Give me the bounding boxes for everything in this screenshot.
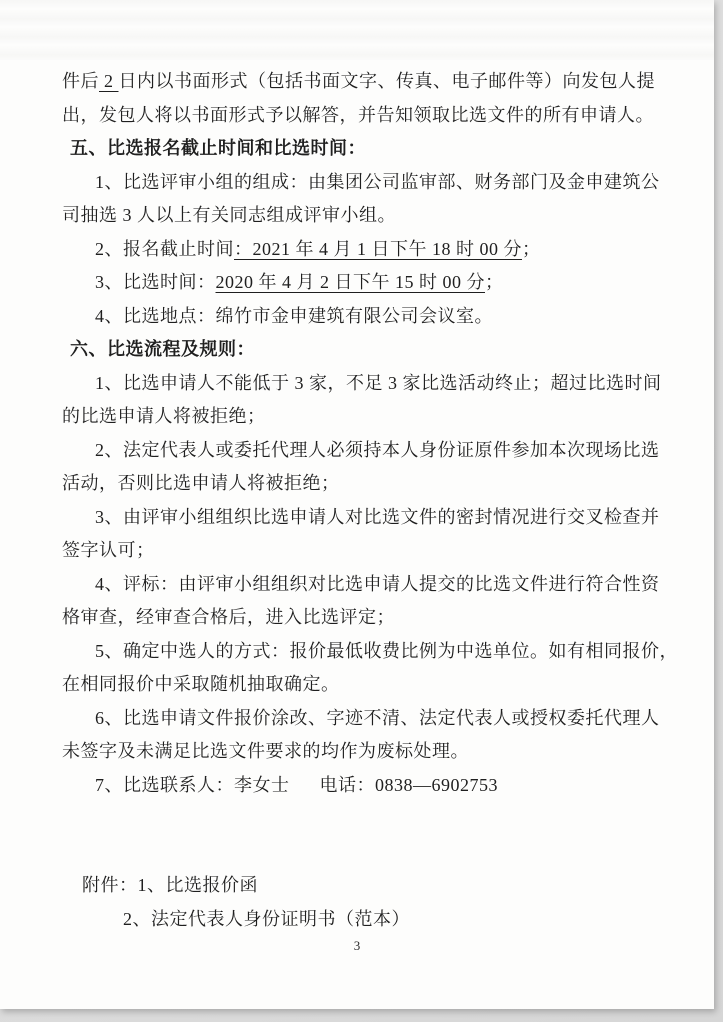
text-segment: 6、比选申请文件报价涂改、字迹不清、法定代表人或授权委托代理人 [95, 708, 660, 728]
underlined-segment: 2020 年 4 月 2 日下午 15 时 00 分 [216, 272, 486, 292]
text-segment: 1、比选申请人不能低于 3 家，不足 3 家比选活动终止；超过比选时间 [95, 373, 662, 393]
text-segment: 六、比选流程及规则： [70, 339, 255, 359]
list-item-line: 5、确定中选人的方式：报价最低收费比例为中选单位。如有相同报价， [62, 635, 694, 669]
list-item-line: 3、比选时间：2020 年 4 月 2 日下午 15 时 00 分； [62, 266, 694, 300]
scan-background: 件后 2 日内以书面形式（包括书面文字、传真、电子邮件等）向发包人提出，发包人将… [0, 0, 723, 1022]
text-segment: 件后 [62, 71, 99, 91]
attachment-line: 2、法定代表人身份证明书（范本） [62, 903, 694, 937]
text-segment: 1、比选评审小组的组成：由集团公司监审部、财务部门及金申建筑公 [95, 172, 660, 192]
paragraph-line: 未签字及未满足比选文件要求的均作为废标处理。 [62, 735, 694, 769]
text-segment: 2、法定代表人或委托代理人必须持本人身份证原件参加本次现场比选 [95, 440, 660, 460]
section-heading-line: 五、比选报名截止时间和比选时间： [62, 132, 694, 166]
text-segment: 2、报名截止时间 [95, 239, 234, 259]
paragraph-line: 出，发包人将以书面形式予以解答，并告知领取比选文件的所有申请人。 [62, 99, 694, 133]
text-segment: 3、比选时间： [95, 272, 216, 292]
document-page: 件后 2 日内以书面形式（包括书面文字、传真、电子邮件等）向发包人提出，发包人将… [0, 0, 714, 1009]
list-item-line: 6、比选申请文件报价涂改、字迹不清、法定代表人或授权委托代理人 [62, 702, 694, 736]
list-item-line: 4、比选地点：绵竹市金申建筑有限公司会议室。 [62, 300, 694, 334]
text-segment: 4、比选地点：绵竹市金申建筑有限公司会议室。 [95, 306, 493, 326]
text-segment: 格审查，经审查合格后，进入比选评定； [62, 607, 395, 627]
list-item-line: 2、报名截止时间：2021 年 4 月 1 日下午 18 时 00 分； [62, 233, 694, 267]
list-item-line: 1、比选申请人不能低于 3 家，不足 3 家比选活动终止；超过比选时间 [62, 367, 694, 401]
paragraph-line: 件后 2 日内以书面形式（包括书面文字、传真、电子邮件等）向发包人提 [62, 65, 694, 99]
paragraph-line: 格审查，经审查合格后，进入比选评定； [62, 601, 694, 635]
text-segment: 3、由评审小组组织比选申请人对比选文件的密封情况进行交叉检查并 [95, 507, 660, 527]
section-heading-line: 六、比选流程及规则： [62, 333, 694, 367]
paragraph-line: 的比选申请人将被拒绝； [62, 400, 694, 434]
spacer-line [62, 802, 694, 836]
paragraph-line: 活动，否则比选申请人将被拒绝； [62, 467, 694, 501]
underlined-segment: ：2021 年 4 月 1 日下午 18 时 00 分 [234, 239, 522, 259]
list-item-line: 1、比选评审小组的组成：由集团公司监审部、财务部门及金申建筑公 [62, 166, 694, 200]
text-segment: 活动，否则比选申请人将被拒绝； [62, 473, 340, 493]
document-content: 件后 2 日内以书面形式（包括书面文字、传真、电子邮件等）向发包人提出，发包人将… [62, 65, 694, 936]
list-item-line: 4、评标：由评审小组组织对比选申请人提交的比选文件进行符合性资 [62, 568, 694, 602]
text-segment: ； [522, 239, 541, 259]
text-segment: 未签字及未满足比选文件要求的均作为废标处理。 [62, 741, 469, 761]
spacer-line [62, 836, 694, 870]
text-segment: 4、评标：由评审小组组织对比选申请人提交的比选文件进行符合性资 [95, 574, 660, 594]
underlined-segment: 2 [99, 71, 119, 91]
attachment-line: 附件：1、比选报价函 [62, 869, 694, 903]
paragraph-line: 签字认可； [62, 534, 694, 568]
text-segment: 日内以书面形式（包括书面文字、传真、电子邮件等）向发包人提 [119, 71, 656, 91]
text-segment: 电话：0838—6902753 [320, 775, 499, 795]
text-segment: 2、法定代表人身份证明书（范本） [123, 909, 410, 929]
page-number: 3 [0, 938, 714, 954]
text-segment: ； [485, 272, 504, 292]
text-segment: 在相同报价中采取随机抽取确定。 [62, 674, 340, 694]
text-segment: 出，发包人将以书面形式予以解答，并告知领取比选文件的所有申请人。 [62, 105, 654, 125]
list-item-line: 7、比选联系人：李女士电话：0838—6902753 [62, 769, 694, 803]
text-segment: 7、比选联系人：李女士 [95, 775, 290, 795]
text-segment: 5、确定中选人的方式：报价最低收费比例为中选单位。如有相同报价， [95, 641, 678, 661]
list-item-line: 3、由评审小组组织比选申请人对比选文件的密封情况进行交叉检查并 [62, 501, 694, 535]
text-segment: 的比选申请人将被拒绝； [62, 406, 266, 426]
text-segment: 附件：1、比选报价函 [82, 875, 258, 895]
text-segment: 司抽选 3 人以上有关同志组成评审小组。 [62, 205, 396, 225]
paragraph-line: 在相同报价中采取随机抽取确定。 [62, 668, 694, 702]
list-item-line: 2、法定代表人或委托代理人必须持本人身份证原件参加本次现场比选 [62, 434, 694, 468]
text-segment: 签字认可； [62, 540, 155, 560]
paragraph-line: 司抽选 3 人以上有关同志组成评审小组。 [62, 199, 694, 233]
text-segment: 五、比选报名截止时间和比选时间： [70, 138, 366, 158]
